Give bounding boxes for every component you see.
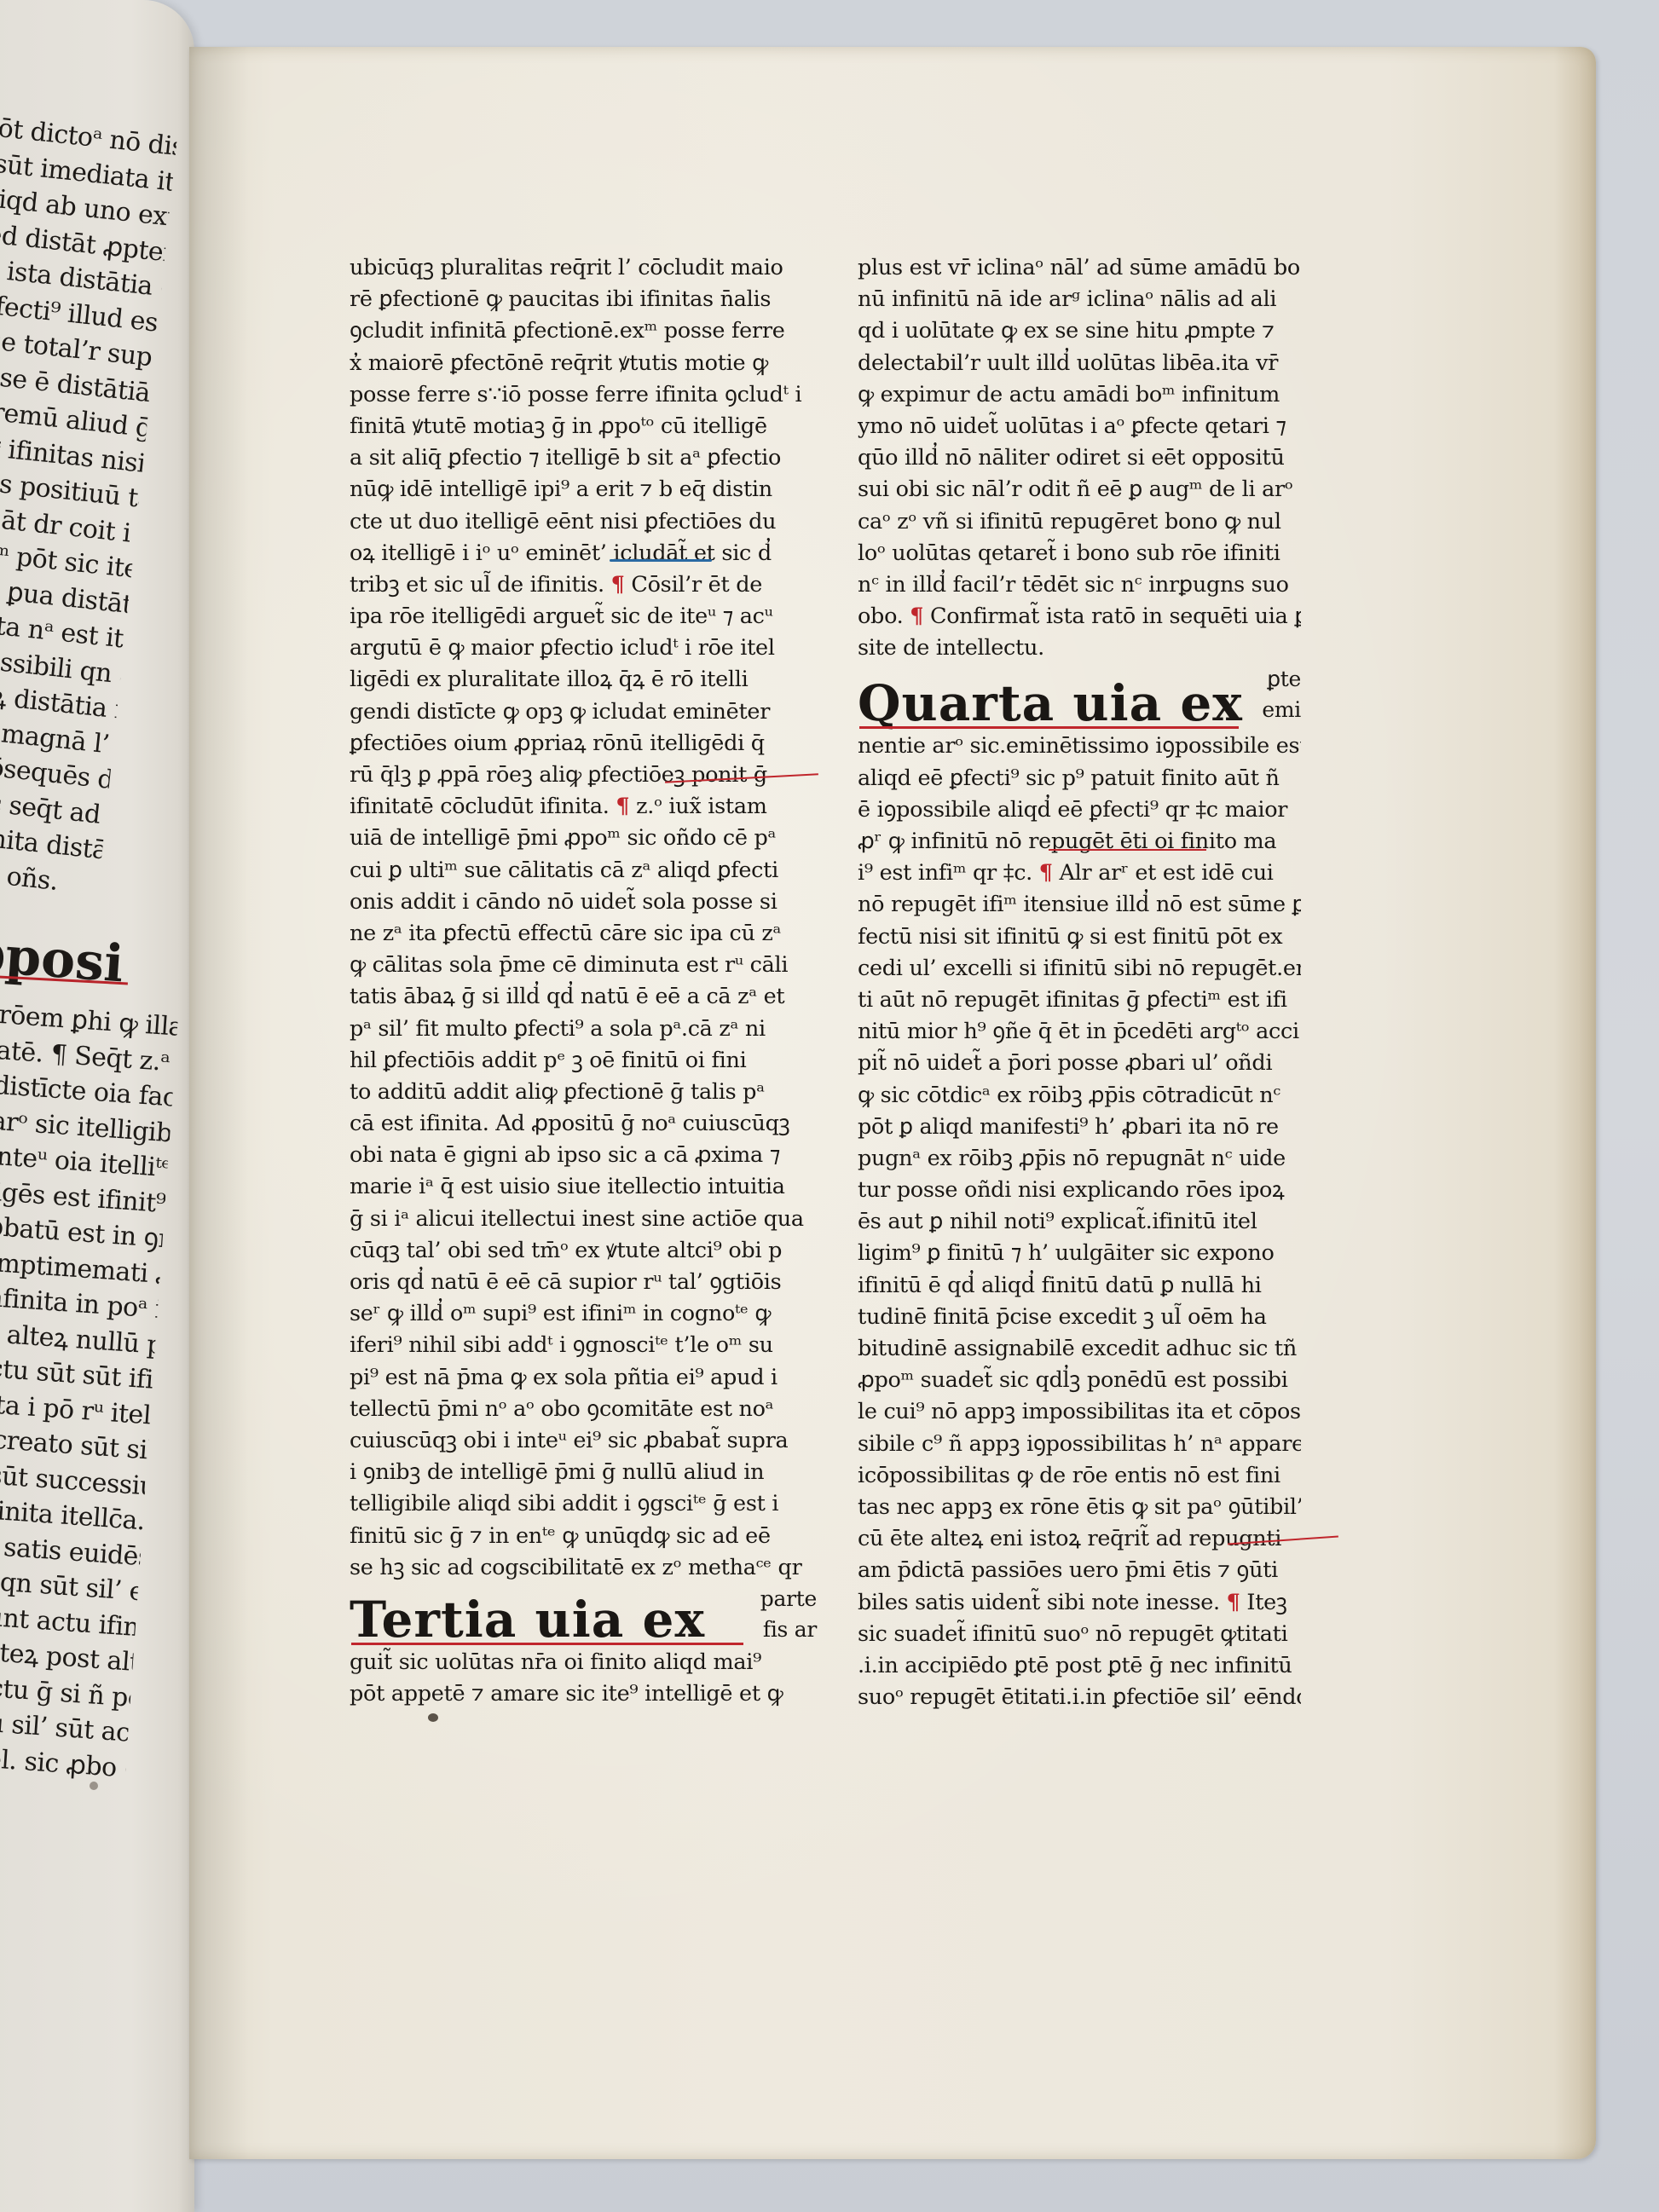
text-line: posse ferre s∵iō posse ferre ifinita ꝯcl… (350, 379, 817, 411)
text-line: iferi⁹ nihil sibi addᵗ i ꝯgnosciᵗᵉ t’le … (350, 1330, 817, 1361)
text-line: onis addit i cāndo nō uidet̃ sola posse … (350, 887, 817, 918)
heading-side-text: parte fis ar (760, 1584, 817, 1645)
text-line: cedi ul’ excelli si ifinitū sibi nō repu… (858, 953, 1301, 985)
text-line: am p̄dictā passiōes uero p̄mi ētis ⁊ ꝯūt… (858, 1555, 1301, 1586)
text-line: ꝓʳ ꝙ infinitū nō repugēt ēti oi finito m… (858, 826, 1301, 858)
text-line: qd i uolūtate ꝙ ex se sine hitu ꝓmpte ⁊ (858, 315, 1301, 347)
heading-text: Quarta uia ex (858, 676, 1243, 731)
text-line: ēs aut ꝑ nihil noti⁹ explicat̃.ifinitū i… (858, 1206, 1301, 1238)
text-line: ifinitū ē qd̓ aliqd̓ finitū datū ꝑ nullā… (858, 1270, 1301, 1302)
left-page-text: ōt dictoᵃ nō distātsūt imediata ita ꝙliq… (0, 111, 178, 904)
text-line: uiā de intelligē p̄mi ꝓpoᵐ sic oñdo cē p… (350, 823, 817, 854)
left-page-text-after-heading: rōem ꝑhi ꝙ illaatē. ¶ Seq̄t z.ᵃdistīcte … (0, 997, 178, 1786)
text-line: se hꝫ sic ad cogscibilitatē ex zᵒ methaᶜ… (350, 1552, 817, 1584)
text-line: ē iꝯpossibile aliqd̓ eē ꝑfecti⁹ qr ‡c ma… (858, 794, 1301, 826)
text-line: telligibile aliqd sibi addit i ꝯgsciᵗᵉ ḡ… (350, 1488, 817, 1520)
text-line: ligēdi ex pluralitate illoꝝ q̄ꝝ ē rō ite… (350, 664, 817, 696)
text-line: pit̃ nō uidet̃ a p̄ori posse ꝓbari ul’ o… (858, 1048, 1301, 1079)
text-line: rē ꝑfectionē ꝙ paucitas ibi ifinitas n̄a… (350, 284, 817, 315)
section-heading-quarta: Quarta uia ex ꝑte emi (858, 664, 1301, 731)
text-line: cte ut duo itelligē eēnt nisi ꝑfectiōes … (350, 506, 817, 538)
text-line: nūꝙ idē intelligē ipi⁹ a erit ⁊ b eq̄ di… (350, 474, 817, 505)
text-line: biles satis uident̃ sibi note inesse. ¶ … (858, 1587, 1301, 1619)
text-line: rū q̄lꝫ ꝑ ꝓpā rōeꝫ aliꝙ ꝑfectiōeꝫ ponit … (350, 759, 817, 791)
text-line: finitā ꝟtutē motiaꝫ ḡ in ꝓpoᵗᵒ cū itelli… (350, 411, 817, 442)
text-line: ꝙ cālitas sola p̄me cē diminuta est rᵘ c… (350, 950, 817, 981)
text-line: tur posse oñdi nisi explicando rōes ipoꝝ (858, 1175, 1301, 1206)
text-line: pōt ꝑ aliqd manifesti⁹ h’ ꝓbari ita nō r… (858, 1112, 1301, 1143)
text-line: ꝓpoᵐ suadet̃ sic qdl̓ꝫ ponēdū est possib… (858, 1365, 1301, 1396)
text-line: obi nata ē gigni ab ipso sic a cā ꝓxima … (350, 1140, 817, 1171)
text-line: pi⁹ est nā p̄ma ꝙ ex sola pñtia ei⁹ apud… (350, 1362, 817, 1394)
text-line: le cui⁹ nō appꝫ impossibilitas ita et cō… (858, 1396, 1301, 1428)
paper-blemish (428, 1713, 438, 1722)
text-line: nentie arᵒ sic.eminētissimo iꝯpossibile … (858, 731, 1301, 762)
text-line: seʳ ꝙ illd̓ oᵐ supi⁹ est ifiniᵐ in cogno… (350, 1298, 817, 1330)
text-line: ubicūqꝫ pluralitas req̄rit l’ cōcludit m… (350, 252, 817, 284)
text-line: pugnᵃ ex rōibꝫ ꝓp̄is nō repugnāt nᶜ uide (858, 1143, 1301, 1175)
text-column-right: plus est vr̄ iclinaᵒ nāl’ ad sūme amādū … (858, 252, 1301, 1713)
section-heading-tertia: Tertia uia ex parte fis ar (350, 1584, 817, 1647)
text-line: i⁹ est infiᵐ qr ‡c. ¶ Alr arʳ et est idē… (858, 858, 1301, 889)
text-line: finitū sic ḡ ⁊ in enᵗᵉ ꝙ unūqdꝙ sic ad e… (350, 1521, 817, 1552)
heading-rubric-underline (859, 726, 1239, 729)
text-line: ymo nō uidet̃ uolūtas i aᵒ ꝑfecte qetari… (858, 411, 1301, 442)
text-line: to additū addit aliꝙ ꝑfectionē ḡ talis p… (350, 1077, 817, 1108)
text-line: guit̃ sic uolūtas nr̄a oi finito aliqd m… (350, 1647, 817, 1678)
text-line: sui obi sic nāl’r odit ñ eē ꝑ augᵐ de li… (858, 474, 1301, 505)
paraph-mark: ¶ (616, 794, 629, 819)
text-line: cūqꝫ tal’ obi sed tm̄ᵒ ex ꝟtute altci⁹ o… (350, 1235, 817, 1267)
text-line: sic suadet̃ ifinitū suoᵒ nō repugēt ꝙtit… (858, 1619, 1301, 1650)
paper-blemish (90, 1782, 98, 1790)
paraph-mark: ¶ (910, 604, 923, 629)
text-line: cui ꝑ ultiᵐ sue cālitatis cā zᵃ aliqd ꝑf… (350, 855, 817, 887)
text-line: ti aūt nō repugēt ifinitas ḡ ꝑfectiᵐ est… (858, 985, 1301, 1016)
rubric-underline-mark (1049, 849, 1206, 851)
blue-paraph-stroke (610, 559, 712, 562)
text-line: gendi distīcte ꝙ opꝫ ꝙ icludat eminēter (350, 696, 817, 728)
text-line: oris qd̓ natū ē eē cā supior rᵘ tal’ ꝯgt… (350, 1267, 817, 1298)
text-line: ꝯcludit infinitā ꝑfectionē.exᵐ posse fer… (350, 315, 817, 347)
text-line: nᶜ in illd̓ facil’r tēdēt sic nᶜ inrꝑugn… (858, 569, 1301, 601)
text-line: nitū mior h⁹ ꝯñe q̄ ēt in p̄cedēti argᵗᵒ… (858, 1016, 1301, 1048)
text-line: ḡ si iᵃ alicui itellectui inest sine act… (350, 1204, 817, 1235)
text-line: a sit aliq̄ ꝑfectio ⁊ itelligē b sit aᵃ … (350, 442, 817, 474)
text-line: plus est vr̄ iclinaᵒ nāl’ ad sūme amādū … (858, 252, 1301, 284)
text-line: sibile c⁹ ñ appꝫ iꝯpossibilitas h’ nᵃ ap… (858, 1429, 1301, 1460)
paraph-mark: ¶ (1039, 860, 1053, 886)
column-left-continuation: guit̃ sic uolūtas nr̄a oi finito aliqd m… (350, 1647, 817, 1710)
heading-side-text: ꝑte emi (1262, 664, 1301, 725)
text-line: cā est ifinita. Ad ꝓpositū ḡ noᵃ cuiuscū… (350, 1108, 817, 1140)
text-line: oꝝ itelligē i iᵒ uᵒ eminēt’ icludāt̃ et … (350, 538, 817, 569)
text-line: nō repugēt ifiᵐ itensiue illd̓ nō est sū… (858, 889, 1301, 921)
text-line: ꝙ sic cōtdicᵃ ex rōibꝫ ꝓp̄is cōtradicūt … (858, 1080, 1301, 1112)
text-line: cū ēte alteꝝ eni istoꝝ req̄rit̃ ad repug… (858, 1523, 1301, 1555)
paraph-mark: ¶ (611, 572, 625, 598)
text-column-left: ubicūqꝫ pluralitas req̄rit l’ cōcludit m… (350, 252, 817, 1710)
text-line: marie iᵃ q̄ est uisio siue itellectio in… (350, 1171, 817, 1203)
text-line: pᵃ sil’ fit multo ꝑfecti⁹ a sola pᵃ.cā z… (350, 1014, 817, 1045)
text-line: i ꝯnibꝫ de intelligē p̄mi ḡ nullū aliud … (350, 1457, 817, 1488)
text-line: suoᵒ repugēt ētitati.i.in ꝑfectiōe sil’ … (858, 1682, 1301, 1713)
text-line: tellectū p̄mi nᵒ aᵒ obo ꝯcomitāte est no… (350, 1394, 817, 1425)
text-line: ifinitatē cōcludūt ifinita. ¶ z.ᵒ iux̃ i… (350, 791, 817, 823)
text-line: tudinē finitā p̄cise excedit ꝫ ul̃ oēm h… (858, 1302, 1301, 1333)
text-line: ꝑfectiōes oium ꝓpriaꝝ rōnū itelligēdi q̄ (350, 728, 817, 759)
text-line: .i.in accipiēdo ꝑtē post ꝑtē ḡ nec infin… (858, 1650, 1301, 1682)
text-line: hil ꝑfectiōis addit pᵉ ꝫ oē finitū oi fi… (350, 1045, 817, 1077)
text-line: icōpossibilitas ꝙ de rōe entis nō est fi… (858, 1460, 1301, 1492)
text-line: argutū ē ꝙ maior ꝑfectio icludᵗ i rōe it… (350, 632, 817, 664)
text-line: qūo illd̓ nō nāliter odiret si eēt oppos… (858, 442, 1301, 474)
text-line: ne zᵃ ita ꝑfectū effectū cāre sic ipa cū… (350, 918, 817, 950)
text-line: aliqd eē ꝑfecti⁹ sic p⁹ patuit finito aū… (858, 763, 1301, 794)
text-line: ipa rōe itelligēdi arguet̃ sic de iteᵘ ⁊… (350, 601, 817, 632)
text-line: x̓ maiorē ꝑfectōnē req̄rit ꝟtutis motie … (350, 348, 817, 379)
text-line: tas nec appꝫ ex rōne ētis ꝙ sit paᵒ ꝯūti… (858, 1492, 1301, 1523)
text-line: tatis ābaꝝ ḡ si illd̓ qd̓ natū ē eē a cā… (350, 981, 817, 1013)
text-line: caᵒ zᵒ vñ si ifinitū repugēret bono ꝙ nu… (858, 506, 1301, 538)
text-line: nū infinitū nā ide arᵍ iclinaᵒ nālis ad … (858, 284, 1301, 315)
column-left-body: ubicūqꝫ pluralitas req̄rit l’ cōcludit m… (350, 252, 817, 1584)
heading-text: Tertia uia ex (350, 1592, 705, 1647)
paraph-mark: ¶ (1227, 1590, 1240, 1615)
left-page-edge: ōt dictoᵃ nō distātsūt imediata ita ꝙliq… (0, 0, 194, 2212)
text-line: cuiuscūqꝫ obi i inteᵘ ei⁹ sic ꝓbabat̃ su… (350, 1425, 817, 1457)
text-line: bitudinē assignabilē excedit adhuc sic t… (858, 1333, 1301, 1365)
text-line: tribꝫ et sic ul̃ de ifinitis. ¶ Cōsil’r … (350, 569, 817, 601)
text-line: ligim⁹ ꝑ finitū ⁊ h’ uulgāiter sic expon… (858, 1238, 1301, 1269)
text-line: pōt appetē ⁊ amare sic ite⁹ intelligē et… (350, 1678, 817, 1710)
column-right-continuation: nentie arᵒ sic.eminētissimo iꝯpossibile … (858, 731, 1301, 1713)
column-right-body: plus est vr̄ iclinaᵒ nāl’ ad sūme amādū … (858, 252, 1301, 664)
text-line: delectabil’r uult illd̓ uolūtas libēa.it… (858, 348, 1301, 379)
text-line: obo. ¶ Confirmat̃ ista ratō in sequēti u… (858, 601, 1301, 632)
text-line: site de intellectu. (858, 632, 1301, 664)
text-line: loᵒ uolūtas qetaret̃ i bono sub rōe ifin… (858, 538, 1301, 569)
heading-rubric-underline (351, 1643, 743, 1645)
text-line: ꝙ expimur de actu amādi boᵐ infinitum (858, 379, 1301, 411)
text-line: fectū nisi sit ifinitū ꝙ si est finitū p… (858, 921, 1301, 953)
